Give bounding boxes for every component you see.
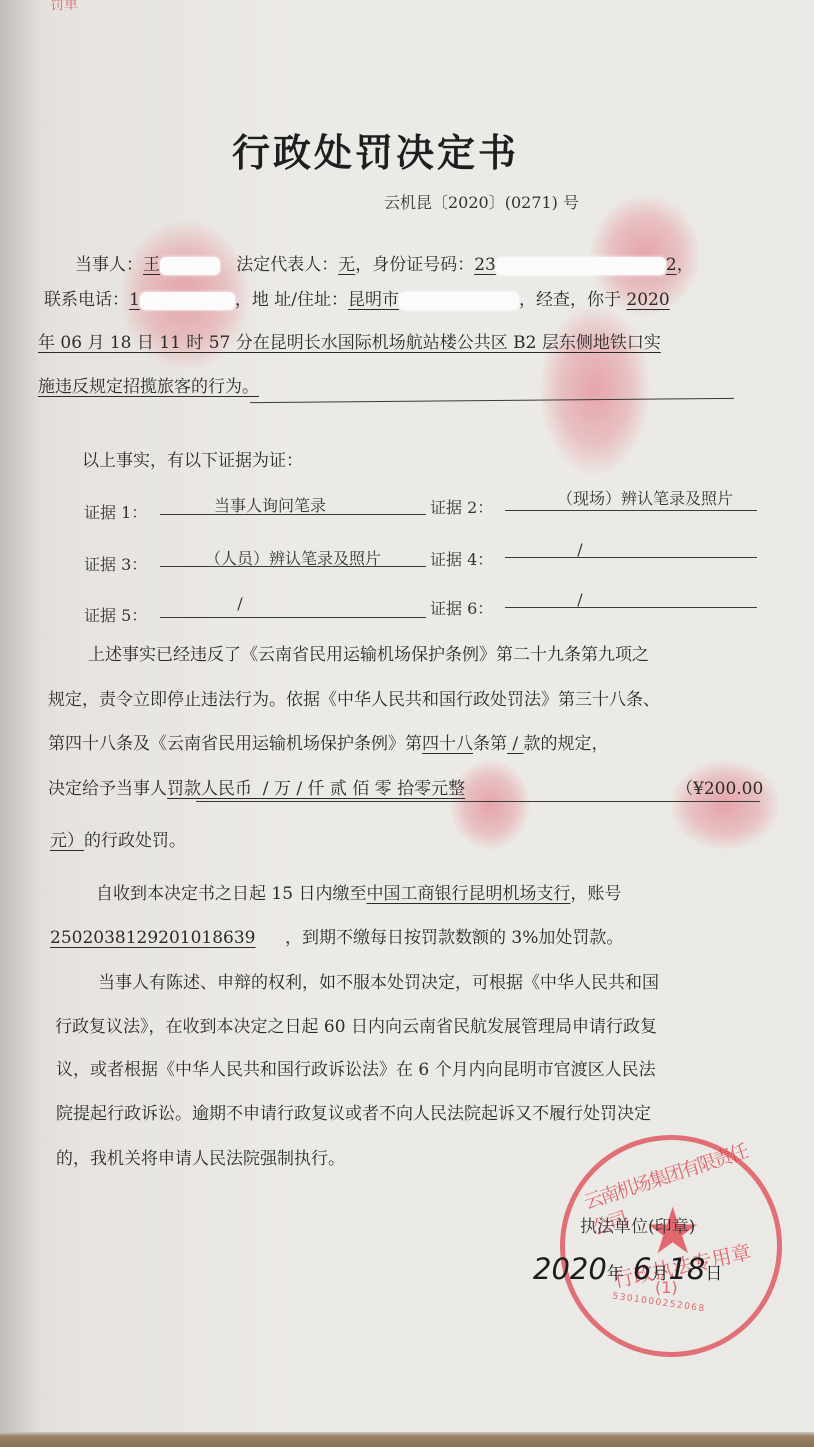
bank-name: 中国工商银行昆明机场支行	[366, 884, 570, 904]
evidence-intro: 以上事实，有以下证据为证：	[82, 446, 303, 471]
violation-text: 决定给予当事人	[48, 779, 167, 799]
evidence-1-line	[160, 514, 426, 515]
evidence-1-label: 证据 1：	[84, 500, 147, 523]
facts-line-4: 施违反规定招揽旅客的行为。	[38, 372, 259, 397]
payment-text: ，到期不缴每日按罚款数额的 3%加处罚款。	[285, 928, 623, 948]
desk-surface	[0, 1432, 814, 1447]
party-label: 当事人：	[75, 255, 143, 275]
id-punct: ，	[677, 255, 694, 275]
issuing-unit-label: 执法单位(印章)	[580, 1212, 695, 1237]
date-month-char: 月	[651, 1264, 668, 1284]
evidence-5-value: /	[160, 594, 320, 613]
party-line: 当事人：王 法定代表人：无，身份证号码：232，	[75, 250, 694, 275]
evidence-3-label: 证据 3：	[84, 552, 147, 575]
id-number: 232	[474, 255, 676, 275]
inspection-text: ，经查，你于	[519, 290, 626, 310]
violation-text: 第四十八条及《云南省民用运输机场保护条例》第	[48, 734, 422, 754]
evidence-3-line	[160, 566, 426, 567]
rights-line-3: 议，或者根据《中华人民共和国行政诉讼法》在 6 个月内向昆明市官渡区人民法	[56, 1055, 656, 1080]
redacted-name	[160, 257, 220, 275]
redacted-address	[399, 292, 519, 310]
date-day-char: 日	[705, 1264, 722, 1284]
clause-number: /	[507, 734, 524, 754]
date-day: 18	[668, 1252, 705, 1286]
evidence-6-line	[505, 607, 757, 608]
party-name-visible: 王	[143, 255, 160, 275]
phone-label: 联系电话：	[44, 290, 129, 310]
facts-text: 施违反规定招揽旅客的行为。	[38, 377, 259, 397]
legal-rep-value: 无	[338, 255, 355, 275]
date-year-char: 年	[607, 1264, 624, 1284]
evidence-2-line	[505, 510, 757, 511]
violation-line-2: 规定，责令立即停止违法行为。依据《中华人民共和国行政处罚法》第三十八条、	[48, 685, 660, 710]
phone-prefix: 1	[129, 290, 140, 310]
payment-text: ，账号	[570, 884, 621, 904]
evidence-4-label: 证据 4：	[430, 547, 493, 570]
incident-year: 2020	[626, 290, 669, 310]
document-number: 云机昆〔2020〕(0271) 号	[384, 190, 579, 213]
rights-line-4: 院提起行政诉讼。逾期不申请行政复议或者不向人民法院起诉又不履行处罚决定	[56, 1099, 651, 1124]
penalty-amount-words: 罚款人民币 / 万 / 仟 贰 佰 零 拾零元整	[167, 779, 465, 799]
legal-rep-label: 法定代表人：	[236, 255, 338, 275]
violation-line-1: 上述事实已经违反了《云南省民用运输机场保护条例》第二十九条第九项之	[88, 640, 649, 665]
handwritten-date: 2020年 6月18日	[533, 1252, 722, 1286]
document-page: 罚单 行政处罚决定书 云机昆〔2020〕(0271) 号 当事人：王 法定代表人…	[0, 0, 814, 1437]
date-month: 6	[633, 1252, 651, 1286]
penalty-amount-end: 元）	[50, 831, 84, 851]
penalty-underline	[196, 801, 760, 802]
account-number: 2502038129201018639	[50, 928, 285, 948]
violation-text: 条第	[473, 734, 507, 754]
page-shadow	[0, 0, 40, 1447]
redacted-id	[496, 257, 666, 275]
evidence-2-label: 证据 2：	[430, 495, 493, 518]
address-prefix: 昆明市	[348, 290, 399, 310]
contact-line: 联系电话：1，地 址/住址：昆明市，经查，你于 2020	[44, 285, 670, 310]
violation-line-3: 第四十八条及《云南省民用运输机场保护条例》第四十八条第 / 款的规定，	[48, 729, 609, 754]
date-year: 2020	[533, 1252, 607, 1286]
evidence-5-label: 证据 5：	[84, 603, 147, 626]
address-label: ，地 址/住址：	[235, 290, 348, 310]
redacted-phone	[140, 292, 235, 310]
evidence-6-label: 证据 6：	[430, 596, 493, 619]
article-number: 四十八	[422, 734, 473, 754]
evidence-1-value: 当事人询问笔录	[160, 493, 380, 516]
rights-line-5: 的，我机关将申请人民法院强制执行。	[56, 1144, 345, 1169]
address-value: 昆明市	[348, 290, 519, 310]
payment-line-2: 2502038129201018639，到期不缴每日按罚款数额的 3%加处罚款。	[50, 923, 623, 948]
id-label: ，身份证号码：	[355, 255, 474, 275]
penalty-amount-figures: （¥200.00	[676, 774, 763, 799]
violation-text: 款的规定，	[524, 734, 609, 754]
phone-number: 1	[129, 290, 235, 310]
violation-text: 的行政处罚。	[84, 831, 186, 851]
facts-underline	[250, 398, 734, 403]
payment-line-1: 自收到本决定书之日起 15 日内缴至中国工商银行昆明机场支行，账号	[96, 879, 621, 904]
facts-line-3: 年 06 月 18 日 11 时 57 分在昆明长水国际机场航站楼公共区 B2 …	[38, 328, 661, 353]
rights-line-2: 行政复议法》，在收到本决定之日起 60 日内向云南省民航发展管理局申请行政复	[55, 1012, 657, 1037]
violation-line-4: 决定给予当事人罚款人民币 / 万 / 仟 贰 佰 零 拾零元整	[48, 774, 465, 799]
evidence-4-line	[505, 557, 757, 558]
id-prefix: 23	[474, 255, 496, 275]
violation-line-5: 元）的行政处罚。	[50, 826, 186, 851]
document-title: 行政处罚决定书	[232, 122, 519, 177]
party-name: 王	[143, 255, 220, 275]
rights-line-1: 当事人有陈述、申辩的权利，如不服本处罚决定，可根据《中华人民共和国	[98, 968, 659, 993]
evidence-5-line	[160, 617, 426, 618]
evidence-2-value: （现场）辨认笔录及照片	[525, 486, 765, 509]
id-suffix: 2	[666, 255, 677, 275]
corner-handwritten-mark: 罚单	[50, 0, 78, 14]
payment-text: 自收到本决定书之日起 15 日内缴至	[96, 884, 366, 904]
